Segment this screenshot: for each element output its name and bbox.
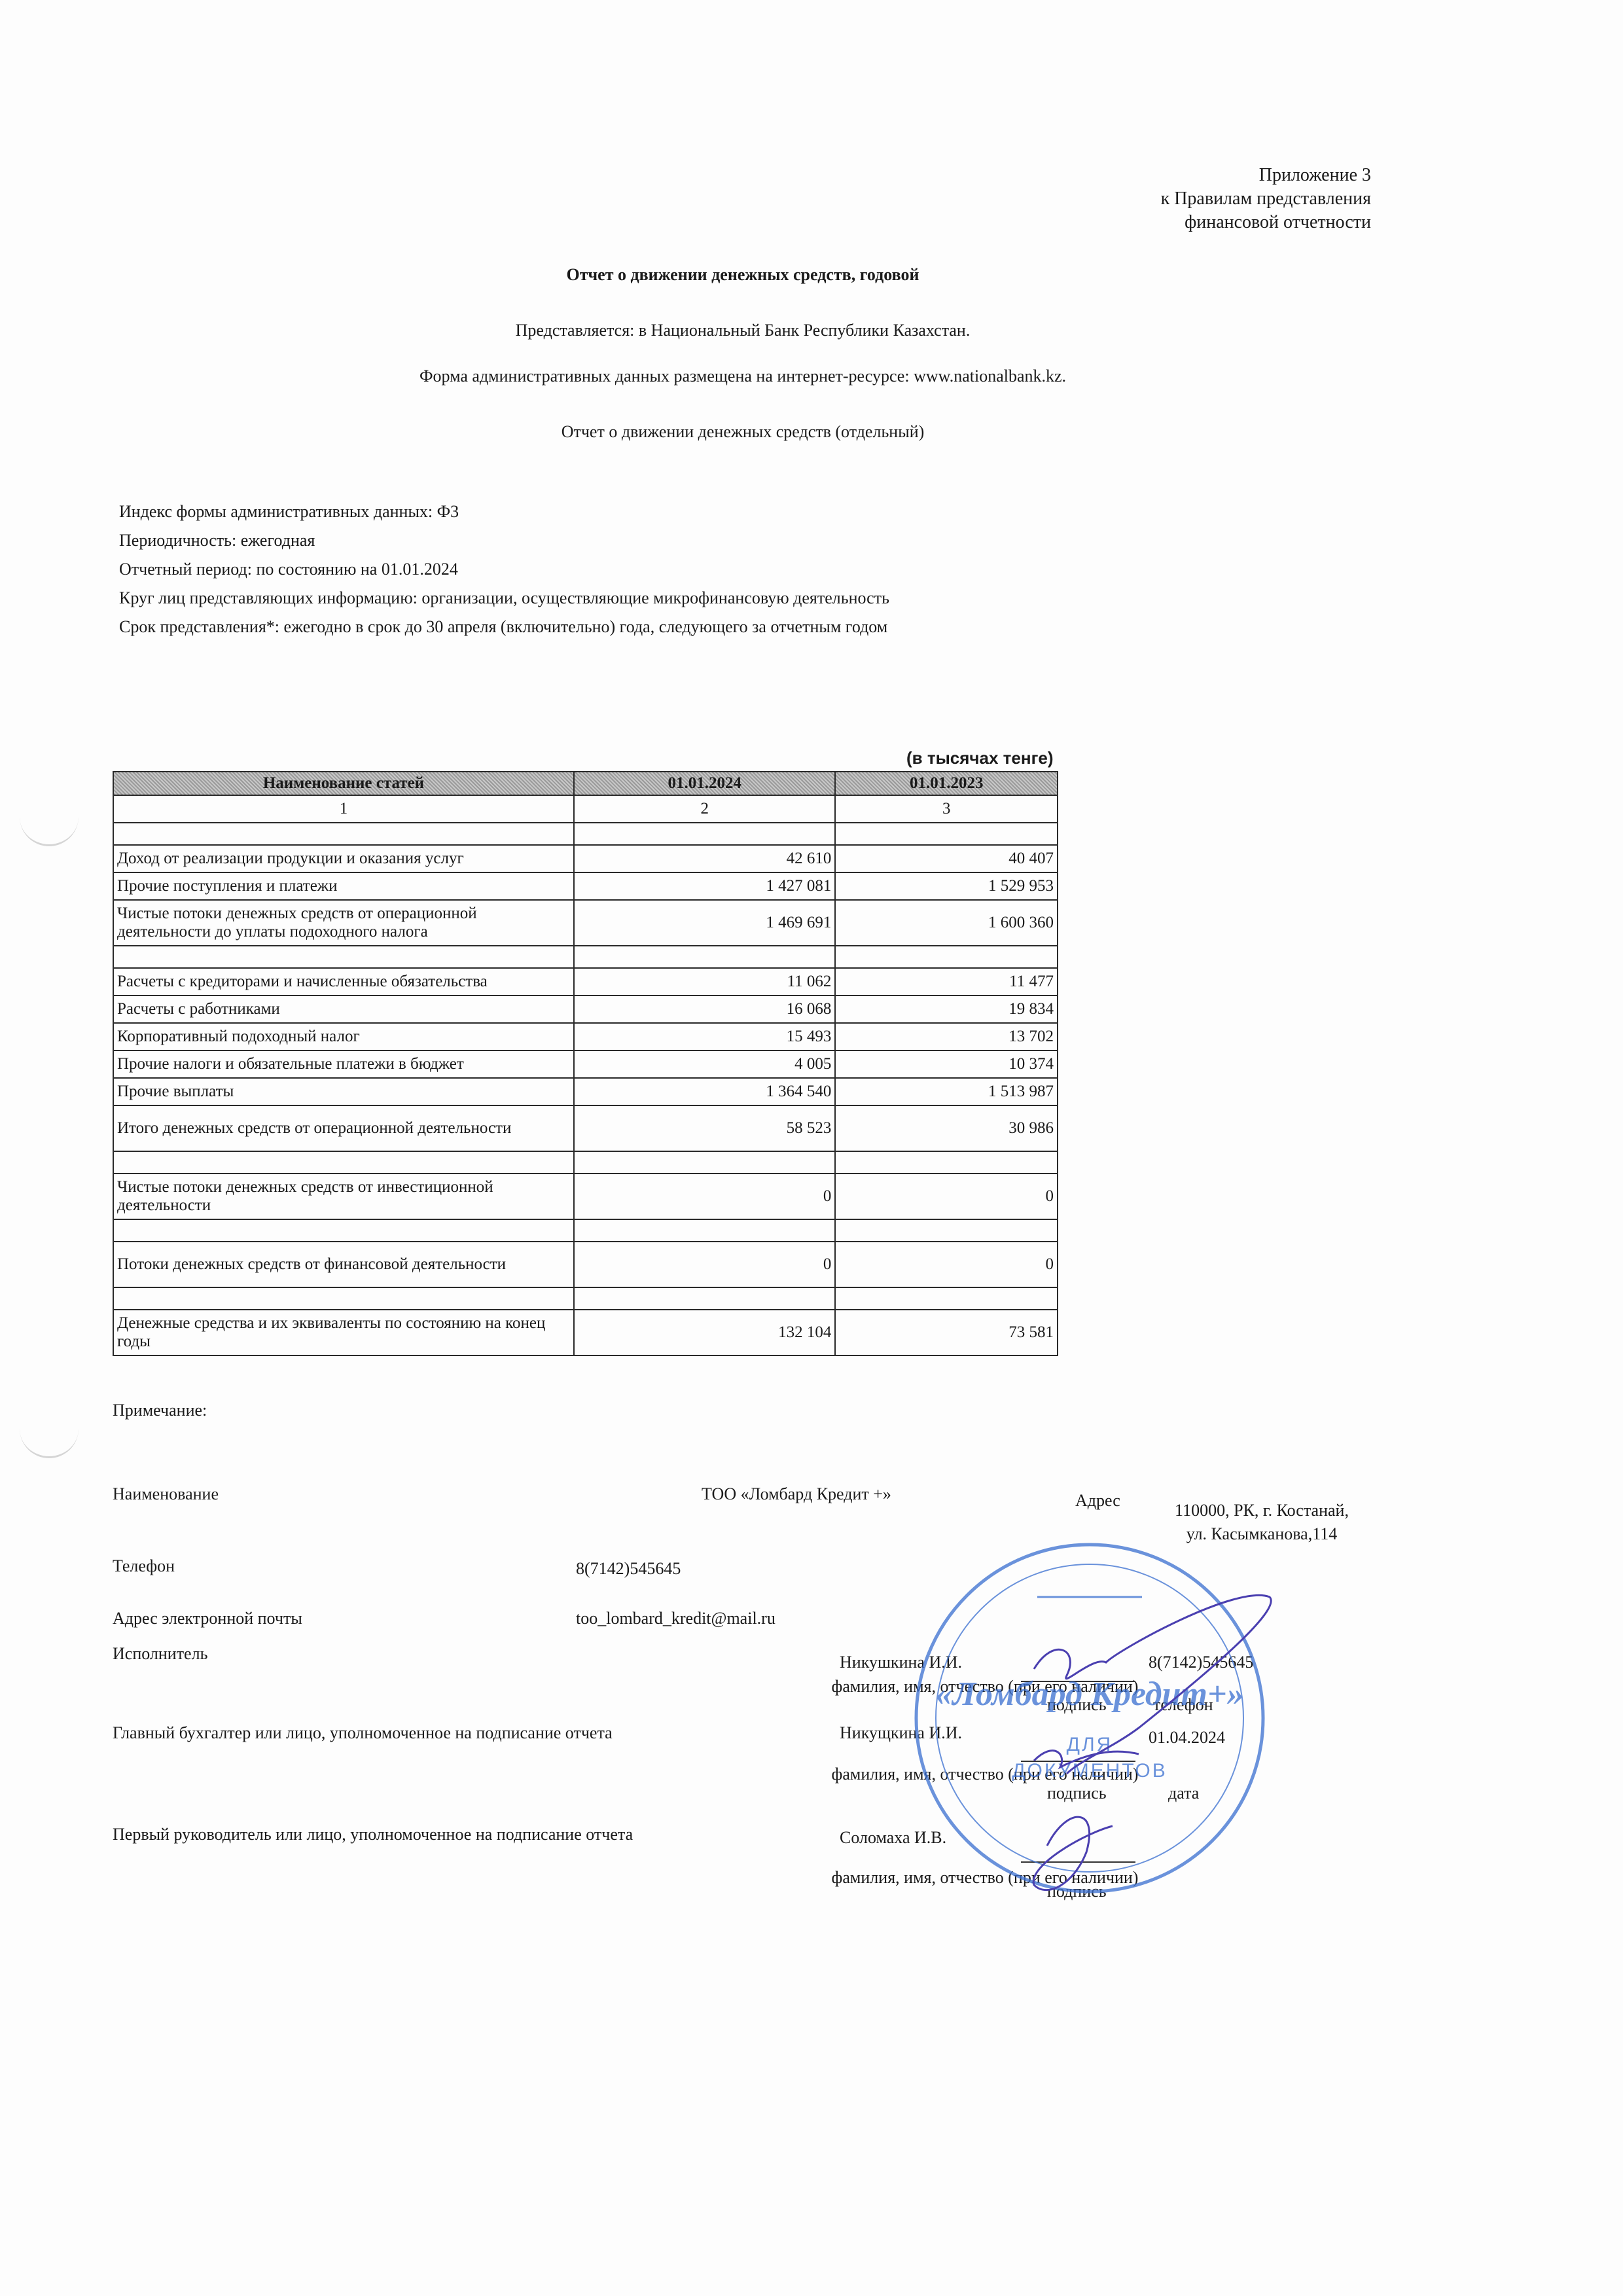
header-2023: 01.01.2023 — [835, 772, 1058, 795]
row-label — [113, 1219, 574, 1242]
row-value-2024 — [574, 1219, 835, 1242]
respondents: Круг лиц представляющих информацию: орга… — [119, 584, 889, 613]
currency-unit: (в тысячах тенге) — [906, 748, 1054, 768]
row-value-2024: 1 469 691 — [574, 900, 835, 946]
handwritten-signatures — [1008, 1558, 1374, 1911]
row-value-2024: 0 — [574, 1174, 835, 1219]
row-value-2023 — [835, 1219, 1058, 1242]
table-row — [113, 823, 1058, 845]
row-value-2023: 1 600 360 — [835, 900, 1058, 946]
row-label: Корпоративный подоходный налог — [113, 1023, 574, 1050]
row-value-2024: 58 523 — [574, 1105, 835, 1151]
row-label: Доход от реализации продукции и оказания… — [113, 845, 574, 872]
note-label: Примечание: — [113, 1401, 207, 1420]
column-number: 2 — [574, 795, 835, 823]
phone-label: Телефон — [113, 1556, 175, 1576]
row-value-2023: 13 702 — [835, 1023, 1058, 1050]
row-value-2024 — [574, 823, 835, 845]
row-value-2023 — [835, 1287, 1058, 1310]
punch-hole-bottom — [20, 1427, 79, 1458]
row-value-2023: 1 513 987 — [835, 1078, 1058, 1105]
row-value-2024: 16 068 — [574, 996, 835, 1023]
address-label: Адрес — [1075, 1491, 1120, 1511]
table-header-row: Наименование статей 01.01.2024 01.01.202… — [113, 772, 1058, 795]
name-label: Наименование — [113, 1484, 219, 1504]
table-row: Чистые потоки денежных средств от инвест… — [113, 1174, 1058, 1219]
submitted-to: Представляется: в Национальный Банк Респ… — [0, 321, 1486, 340]
row-label: Расчеты с работниками — [113, 996, 574, 1023]
table-row — [113, 1219, 1058, 1242]
executor-label: Исполнитель — [113, 1644, 207, 1664]
row-value-2023: 30 986 — [835, 1105, 1058, 1151]
row-value-2024: 42 610 — [574, 845, 835, 872]
table-row: Чистые потоки денежных средств от операц… — [113, 900, 1058, 946]
cash-flow-table: Наименование статей 01.01.2024 01.01.202… — [113, 771, 1058, 1356]
document-title: Отчет о движении денежных средств, годов… — [0, 265, 1486, 285]
row-value-2024: 1 427 081 — [574, 872, 835, 900]
row-value-2024: 1 364 540 — [574, 1078, 835, 1105]
table-row: Прочие выплаты1 364 5401 513 987 — [113, 1078, 1058, 1105]
row-value-2024: 4 005 — [574, 1050, 835, 1078]
row-value-2023: 0 — [835, 1242, 1058, 1287]
column-number: 3 — [835, 795, 1058, 823]
table-row — [113, 1287, 1058, 1310]
table-row: Прочие налоги и обязательные платежи в б… — [113, 1050, 1058, 1078]
row-value-2024 — [574, 946, 835, 968]
row-value-2023: 0 — [835, 1174, 1058, 1219]
row-label: Прочие поступления и платежи — [113, 872, 574, 900]
company-name: ТОО «Ломбард Кредит +» — [702, 1484, 891, 1504]
row-label: Чистые потоки денежных средств от операц… — [113, 900, 574, 946]
row-label — [113, 946, 574, 968]
appendix-line: к Правилам представления — [1161, 187, 1371, 211]
header-2024: 01.01.2024 — [574, 772, 835, 795]
form-index: Индекс формы административных данных: Ф3 — [119, 497, 889, 526]
row-label: Расчеты с кредиторами и начисленные обяз… — [113, 968, 574, 996]
phone-value: 8(7142)545645 — [576, 1559, 681, 1579]
reporting-period: Отчетный период: по состоянию на 01.01.2… — [119, 555, 889, 584]
header-item-name: Наименование статей — [113, 772, 574, 795]
table-row: Расчеты с кредиторами и начисленные обяз… — [113, 968, 1058, 996]
row-label — [113, 1151, 574, 1174]
row-value-2024: 15 493 — [574, 1023, 835, 1050]
row-label: Чистые потоки денежных средств от инвест… — [113, 1174, 574, 1219]
row-label: Денежные средства и их эквиваленты по со… — [113, 1310, 574, 1355]
row-value-2024: 132 104 — [574, 1310, 835, 1355]
column-number-row: 1 2 3 — [113, 795, 1058, 823]
row-value-2024: 0 — [574, 1242, 835, 1287]
email-label: Адрес электронной почты — [113, 1609, 302, 1628]
head-label: Первый руководитель или лицо, уполномоче… — [113, 1825, 633, 1844]
row-label: Прочие налоги и обязательные платежи в б… — [113, 1050, 574, 1078]
row-value-2023: 40 407 — [835, 845, 1058, 872]
table-row: Потоки денежных средств от финансовой де… — [113, 1242, 1058, 1287]
row-value-2024: 11 062 — [574, 968, 835, 996]
column-number: 1 — [113, 795, 574, 823]
table-row: Корпоративный подоходный налог15 49313 7… — [113, 1023, 1058, 1050]
accountant-label: Главный бухгалтер или лицо, уполномоченн… — [113, 1723, 613, 1743]
row-value-2023 — [835, 1151, 1058, 1174]
row-value-2024 — [574, 1151, 835, 1174]
row-value-2023: 11 477 — [835, 968, 1058, 996]
table-row: Денежные средства и их эквиваленты по со… — [113, 1310, 1058, 1355]
periodicity: Периодичность: ежегодная — [119, 526, 889, 555]
table-row: Доход от реализации продукции и оказания… — [113, 845, 1058, 872]
appendix-line: финансовой отчетности — [1161, 211, 1371, 234]
punch-hole-top — [20, 815, 79, 846]
row-label: Итого денежных средств от операционной д… — [113, 1105, 574, 1151]
form-meta: Индекс формы административных данных: Ф3… — [119, 497, 889, 641]
row-value-2023: 10 374 — [835, 1050, 1058, 1078]
table-row: Итого денежных средств от операционной д… — [113, 1105, 1058, 1151]
row-value-2023: 19 834 — [835, 996, 1058, 1023]
form-location: Форма административных данных размещена … — [0, 367, 1486, 386]
address-line: 110000, РК, г. Костанай, — [1150, 1499, 1373, 1522]
row-label: Потоки денежных средств от финансовой де… — [113, 1242, 574, 1287]
row-label: Прочие выплаты — [113, 1078, 574, 1105]
deadline: Срок представления*: ежегодно в срок до … — [119, 613, 889, 641]
row-value-2024 — [574, 1287, 835, 1310]
table-row: Прочие поступления и платежи1 427 0811 5… — [113, 872, 1058, 900]
row-value-2023: 1 529 953 — [835, 872, 1058, 900]
email-value: too_lombard_kredit@mail.ru — [576, 1609, 776, 1628]
table-row: Расчеты с работниками16 06819 834 — [113, 996, 1058, 1023]
appendix-line: Приложение 3 — [1161, 164, 1371, 187]
row-value-2023 — [835, 823, 1058, 845]
row-label — [113, 823, 574, 845]
table-row — [113, 1151, 1058, 1174]
row-value-2023 — [835, 946, 1058, 968]
document-subtitle: Отчет о движении денежных средств (отдел… — [0, 422, 1486, 442]
row-value-2023: 73 581 — [835, 1310, 1058, 1355]
row-label — [113, 1287, 574, 1310]
appendix-reference: Приложение 3 к Правилам представления фи… — [1161, 164, 1371, 234]
table-row — [113, 946, 1058, 968]
